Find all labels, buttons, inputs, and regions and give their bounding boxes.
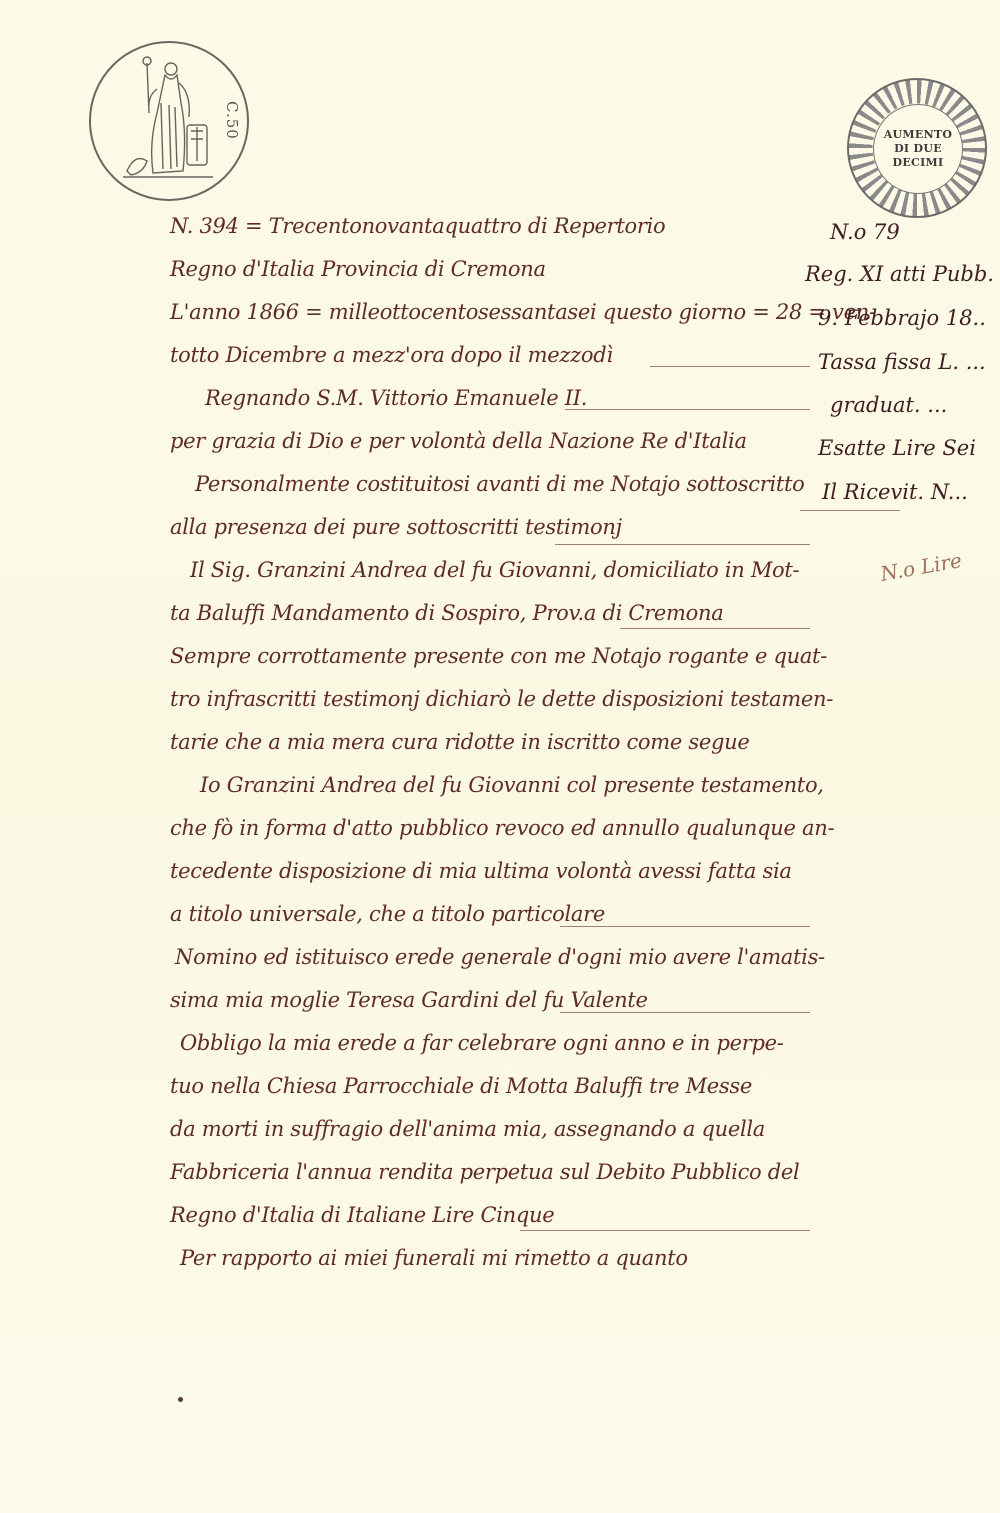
surcharge-stamp-center: AUMENTO DI DUE DECIMI — [873, 104, 963, 194]
text-line: tro infrascritti testimonj dichiarò le d… — [170, 687, 833, 711]
line-filler-rule — [650, 366, 810, 367]
text-line: a titolo universale, che a titolo partic… — [170, 902, 605, 926]
register-volume-note: Reg. XI atti Pubb. — [805, 262, 994, 286]
fixed-tax-note: Tassa fissa L. ... — [818, 350, 986, 374]
line-filler-rule — [620, 628, 810, 629]
ink-blot — [178, 1397, 183, 1402]
header-kingdom-province: Regno d'Italia Provincia di Cremona — [170, 257, 546, 281]
registration-date: 9. Febbrajo 18.. — [818, 306, 986, 330]
line-filler-rule — [565, 409, 810, 410]
testator-line: Il Sig. Granzini Andrea del fu Giovanni,… — [190, 558, 799, 582]
obligation-line: Obbligo la mia erede a far celebrare ogn… — [180, 1031, 784, 1055]
text-line: tecedente disposizione di mia ultima vol… — [170, 859, 792, 883]
tax-stamp: C.50 — [89, 41, 249, 201]
line-filler-rule — [520, 1230, 810, 1231]
stamp-text-line: DI DUE — [894, 142, 942, 156]
graduated-tax-note: graduat. ... — [830, 393, 947, 417]
surcharge-stamp: AUMENTO DI DUE DECIMI — [847, 78, 987, 218]
line-filler-rule — [555, 544, 810, 545]
text-line: che fò in forma d'atto pubblico revoco e… — [170, 816, 834, 840]
funeral-line: Per rapporto ai miei funerali mi rimetto… — [180, 1246, 688, 1270]
text-line: Regno d'Italia di Italiane Lire Cinque — [170, 1203, 554, 1227]
reign-line: Regnando S.M. Vittorio Emanuele II. — [205, 386, 587, 410]
pencil-annotation: N.o Lire — [879, 548, 964, 586]
registration-number: N.o 79 — [830, 220, 900, 244]
date-line-cont: totto Dicembre a mezz'ora dopo il mezzod… — [170, 343, 613, 367]
heir-line: Nomino ed istituisco erede generale d'og… — [175, 945, 825, 969]
document-page: C.50 AUMENTO DI DUE DECIMI N. 394 = Trec… — [0, 0, 1000, 1513]
testament-opening-line: Io Granzini Andrea del fu Giovanni col p… — [200, 773, 824, 797]
date-line: L'anno 1866 = milleottocentosessantasei … — [170, 300, 876, 324]
receiver-signature: Il Ricevit. N... — [822, 480, 968, 504]
repertory-number-line: N. 394 = Trecentonovantaquattro di Reper… — [170, 214, 665, 238]
line-filler-rule — [560, 926, 810, 927]
text-line: ta Baluffi Mandamento di Sospiro, Prov.a… — [170, 601, 723, 625]
text-line: tuo nella Chiesa Parrocchiale di Motta B… — [170, 1074, 752, 1098]
reign-line-cont: per grazia di Dio e per volontà della Na… — [170, 429, 747, 453]
stamp-value: C.50 — [223, 101, 241, 140]
line-filler-rule — [560, 1012, 810, 1013]
text-line: tarie che a mia mera cura ridotte in isc… — [170, 730, 750, 754]
text-line: sima mia moglie Teresa Gardini del fu Va… — [170, 988, 648, 1012]
collected-amount-note: Esatte Lire Sei — [818, 436, 976, 460]
stamp-text-line: AUMENTO — [884, 128, 953, 142]
stamp-text-line: DECIMI — [893, 156, 944, 170]
text-line: Fabbriceria l'annua rendita perpetua sul… — [170, 1160, 799, 1184]
text-line: alla presenza dei pure sottoscritti test… — [170, 515, 622, 539]
text-line: Personalmente costituitosi avanti di me … — [195, 472, 804, 496]
text-line: da morti in suffragio dell'anima mia, as… — [170, 1117, 765, 1141]
signature-flourish — [800, 510, 900, 511]
text-line: Sempre corrottamente presente con me Not… — [170, 644, 827, 668]
